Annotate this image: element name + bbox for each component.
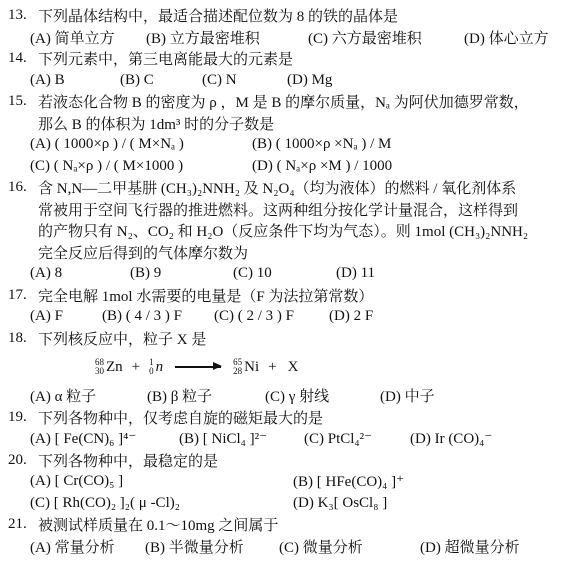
option-c: (C) N xyxy=(202,72,287,89)
element-symbol: Ni xyxy=(244,359,259,376)
nuclide-neutron-numbers: 1 0 xyxy=(149,358,154,376)
option-d: (D) ( Nₐ×ρ ×M ) / 1000 xyxy=(252,158,392,175)
option-a: (A) [ Cr(CO)₅ ] xyxy=(30,473,293,490)
question-17-options: (A) F (B) ( 4 / 3 ) F (C) ( 2 / 3 ) F (D… xyxy=(0,306,587,328)
reaction-arrow-icon xyxy=(175,366,221,368)
nuclide-zn-numbers: 68 30 xyxy=(95,358,104,376)
question-21-stem: 21. 被测试样质量在 0.1～10mg 之间属于 xyxy=(0,514,587,536)
option-b: (B) β 粒子 xyxy=(147,385,265,406)
question-stem-text: 下列各物种中，仅考虑自旋的磁矩最大的是 xyxy=(38,407,323,428)
option-b: (B) [ NiCl₄ ]²⁻ xyxy=(179,429,304,448)
question-16-stem-line2: 常被用于空间飞行器的推进燃料。这两种组分按化学计量混合，这样得到 xyxy=(0,199,587,221)
question-15-stem-line2: 那么 B 的体积为 1dm³ 时的分子数是 xyxy=(0,113,587,135)
option-d: (D) Ir (CO)₄⁻ xyxy=(410,429,492,448)
option-d: (D) 中子 xyxy=(380,385,435,406)
option-d: (D) Mg xyxy=(287,72,332,89)
question-stem-text: 完全电解 1mol 水需要的电量是（F 为法拉第常数） xyxy=(38,285,373,306)
option-a: (A) B xyxy=(30,72,120,89)
question-number: 17. xyxy=(8,287,38,304)
option-b: (B) 半微量分析 xyxy=(145,536,279,557)
option-c: (C) PtCl₄²⁻ xyxy=(304,429,410,448)
option-c: (C) ( Nₐ×ρ ) / ( M×1000 ) xyxy=(30,158,252,175)
option-a: (A) 8 xyxy=(30,265,130,282)
question-20-options-row1: (A) [ Cr(CO)₅ ] (B) [ HFe(CO)₄ ]⁺ xyxy=(0,471,587,493)
plus-sign: + xyxy=(132,359,140,376)
question-number: 21. xyxy=(8,516,38,533)
question-15-stem: 15. 若液态化合物 B 的密度为 ρ ，M 是 B 的摩尔质量，Nₐ 为阿伏加… xyxy=(0,91,587,113)
option-d: (D) K₃[ OsCl₈ ] xyxy=(293,495,387,512)
question-14-stem: 14. 下列元素中，第三电离能最大的元素是 xyxy=(0,48,587,70)
plus-sign: + xyxy=(268,359,276,376)
question-15-options-row2: (C) ( Nₐ×ρ ) / ( M×1000 ) (D) ( Nₐ×ρ ×M … xyxy=(0,156,587,178)
question-20-stem: 20. 下列各物种中，最稳定的是 xyxy=(0,450,587,472)
question-number: 13. xyxy=(8,7,38,24)
option-d: (D) 超微量分析 xyxy=(420,536,520,557)
question-number: 19. xyxy=(8,409,38,426)
particle-symbol: n xyxy=(156,359,164,376)
exam-page: 13. 下列晶体结构中，最适合描述配位数为 8 的铁的晶体是 (A) 简单立方 … xyxy=(0,0,587,562)
option-a: (A) α 粒子 xyxy=(30,385,147,406)
question-20-options-row2: (C) [ Rh(CO)₂ ]₂( μ -Cl)₂ (D) K₃[ OsCl₈ … xyxy=(0,493,587,515)
question-number: 14. xyxy=(8,50,38,67)
question-15-options-row1: (A) ( 1000×ρ ) / ( M×Nₐ ) (B) ( 1000×ρ ×… xyxy=(0,134,587,156)
nuclear-equation: 68 30 Zn + 1 0 n 65 28 Ni + X xyxy=(0,349,587,385)
question-16-stem-line3: 的产物只有 N₂、CO₂ 和 H₂O（反应条件下均为气态）。则 1mol (CH… xyxy=(0,220,587,242)
question-stem-text: 完全反应后得到的气体摩尔数为 xyxy=(38,242,248,263)
nuclide-zn: 68 30 Zn xyxy=(95,358,123,376)
question-13-options: (A) 简单立方 (B) 立方最密堆积 (C) 六方最密堆积 (D) 体心立方 xyxy=(0,27,587,49)
question-18-stem: 18. 下列核反应中，粒子 X 是 xyxy=(0,328,587,350)
question-13-stem: 13. 下列晶体结构中，最适合描述配位数为 8 的铁的晶体是 xyxy=(0,5,587,27)
question-17-stem: 17. 完全电解 1mol 水需要的电量是（F 为法拉第常数） xyxy=(0,285,587,307)
element-symbol: Zn xyxy=(106,359,123,376)
option-b: (B) ( 4 / 3 ) F xyxy=(102,308,214,325)
atomic-number: 30 xyxy=(95,367,104,376)
atomic-number: 28 xyxy=(233,367,242,376)
nuclide-ni-numbers: 65 28 xyxy=(233,358,242,376)
question-number: 15. xyxy=(8,93,38,110)
question-21-options: (A) 常量分析 (B) 半微量分析 (C) 微量分析 (D) 超微量分析 xyxy=(0,536,587,558)
question-stem-text: 被测试样质量在 0.1～10mg 之间属于 xyxy=(38,514,278,535)
option-b: (B) 立方最密堆积 xyxy=(146,27,308,48)
option-b: (B) 9 xyxy=(130,265,233,282)
question-stem-text: 下列各物种中，最稳定的是 xyxy=(38,450,218,471)
option-a: (A) [ Fe(CN)₆ ]⁴⁻ xyxy=(30,429,179,448)
question-number: 20. xyxy=(8,452,38,469)
question-18-options: (A) α 粒子 (B) β 粒子 (C) γ 射线 (D) 中子 xyxy=(0,385,587,407)
option-b: (B) ( 1000×ρ ×Nₐ ) / M xyxy=(252,136,391,153)
option-c: (C) 六方最密堆积 xyxy=(308,27,464,48)
option-b: (B) [ HFe(CO)₄ ]⁺ xyxy=(293,472,404,491)
question-19-options: (A) [ Fe(CN)₆ ]⁴⁻ (B) [ NiCl₄ ]²⁻ (C) Pt… xyxy=(0,428,587,450)
option-c: (C) [ Rh(CO)₂ ]₂( μ -Cl)₂ xyxy=(30,495,293,512)
option-c: (C) γ 射线 xyxy=(265,385,380,406)
question-16-stem-line4: 完全反应后得到的气体摩尔数为 xyxy=(0,242,587,264)
question-stem-text: 的产物只有 N₂、CO₂ 和 H₂O（反应条件下均为气态）。则 1mol (CH… xyxy=(38,220,528,241)
question-stem-text: 常被用于空间飞行器的推进燃料。这两种组分按化学计量混合，这样得到 xyxy=(38,199,518,220)
option-c: (C) ( 2 / 3 ) F xyxy=(214,308,329,325)
question-14-options: (A) B (B) C (C) N (D) Mg xyxy=(0,70,587,92)
question-16-stem: 16. 含 N,N—二甲基肼 (CH₃)₂NNH₂ 及 N₂O₄（均为液体）的燃… xyxy=(0,177,587,199)
question-stem-text: 下列元素中，第三电离能最大的元素是 xyxy=(38,48,293,69)
question-stem-text: 下列核反应中，粒子 X 是 xyxy=(38,328,206,349)
question-number: 16. xyxy=(8,179,38,196)
option-d: (D) 11 xyxy=(336,265,375,282)
nuclide-neutron: 1 0 n xyxy=(149,358,163,376)
nuclide-ni: 65 28 Ni xyxy=(233,358,259,376)
option-b: (B) C xyxy=(120,72,202,89)
atomic-number: 0 xyxy=(149,367,154,376)
option-d: (D) 2 F xyxy=(329,308,373,325)
unknown-particle-x: X xyxy=(288,359,299,376)
question-stem-text: 若液态化合物 B 的密度为 ρ ，M 是 B 的摩尔质量，Nₐ 为阿伏加德罗常数… xyxy=(38,91,529,112)
question-stem-text: 含 N,N—二甲基肼 (CH₃)₂NNH₂ 及 N₂O₄（均为液体）的燃料 / … xyxy=(38,177,516,198)
option-c: (C) 10 xyxy=(233,265,336,282)
option-c: (C) 微量分析 xyxy=(279,536,420,557)
question-number: 18. xyxy=(8,330,38,347)
option-a: (A) 简单立方 xyxy=(30,27,146,48)
question-stem-text: 那么 B 的体积为 1dm³ 时的分子数是 xyxy=(38,113,274,134)
question-19-stem: 19. 下列各物种中，仅考虑自旋的磁矩最大的是 xyxy=(0,407,587,429)
option-a: (A) 常量分析 xyxy=(30,536,145,557)
question-stem-text: 下列晶体结构中，最适合描述配位数为 8 的铁的晶体是 xyxy=(38,5,398,26)
question-16-options: (A) 8 (B) 9 (C) 10 (D) 11 xyxy=(0,263,587,285)
option-d: (D) 体心立方 xyxy=(464,27,549,48)
option-a: (A) F xyxy=(30,308,102,325)
option-a: (A) ( 1000×ρ ) / ( M×Nₐ ) xyxy=(30,136,252,153)
